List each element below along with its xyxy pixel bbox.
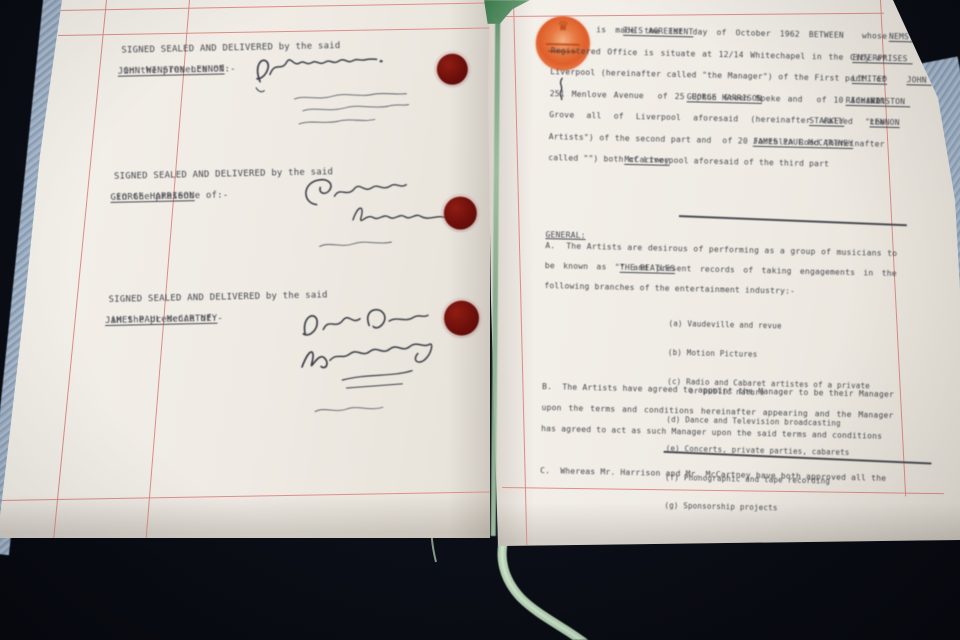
mccartney-signature (289, 302, 441, 403)
industry-list-item: (b) Motion Pictures (668, 348, 880, 362)
industry-list-item: (g) Sponsorship projects (664, 501, 876, 515)
contract-photo: SIGNED SEALED AND DELIVERED by the said … (0, 0, 960, 640)
fill-in-rule (679, 215, 907, 226)
left-page: SIGNED SEALED AND DELIVERED by the said … (0, 0, 490, 538)
right-page: ♛ THIS AGREEMENT is made the 1st day of … (488, 0, 960, 546)
wax-seal (444, 300, 480, 336)
wax-seal (444, 196, 478, 230)
wax-seal (437, 53, 469, 85)
recital-b: B. The Artists have agreed to appoint th… (541, 376, 894, 447)
handwritten-address (288, 88, 417, 133)
industry-list-item: (a) Vaudeville and revue (668, 319, 880, 333)
witness-signature (315, 236, 395, 252)
right-page-content: ♛ THIS AGREEMENT is made the 1st day of … (482, 0, 960, 551)
left-page-content: SIGNED SEALED AND DELIVERED by the said … (0, 0, 496, 543)
opening-paragraph: THIS AGREEMENT is made the 1st day of Oc… (548, 18, 887, 176)
harrison-signature (294, 172, 457, 235)
recital-a: A. The Artists are desirous of performin… (544, 236, 897, 304)
witness-signature (311, 401, 389, 417)
